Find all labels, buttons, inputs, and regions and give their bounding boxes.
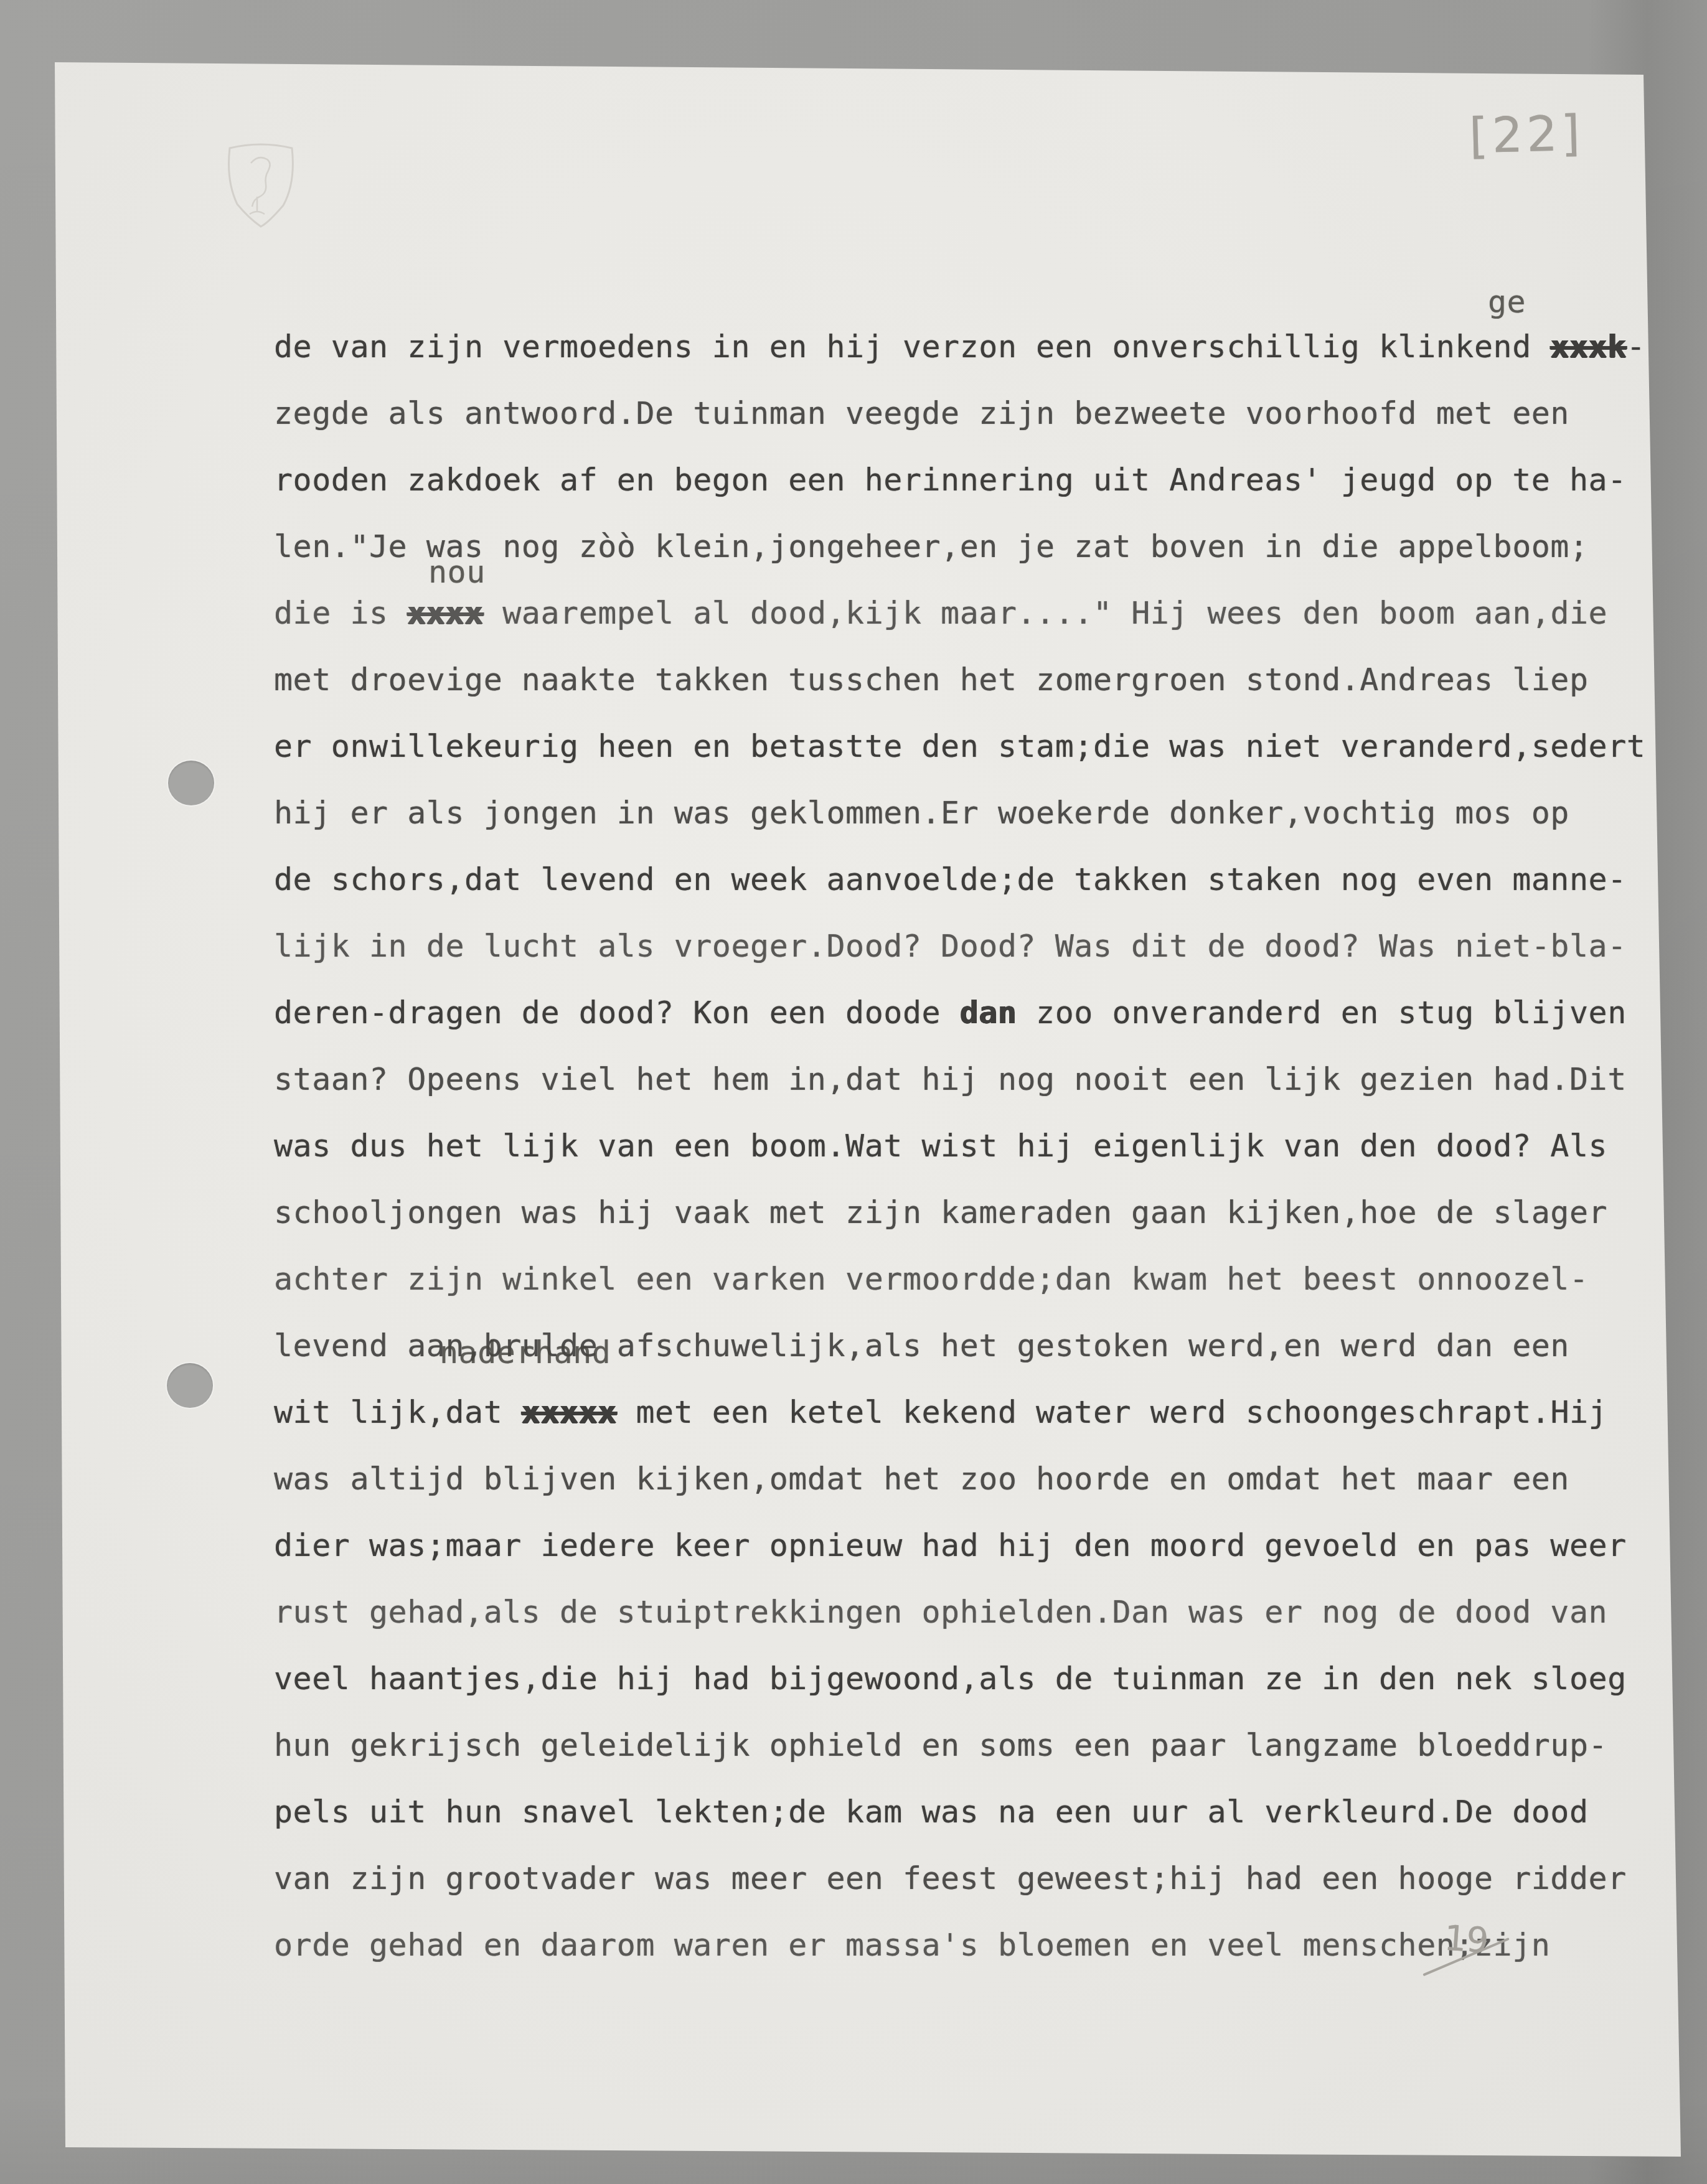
typewritten-text: pels uit hun snavel lekten;de kam was na… [274, 1794, 1589, 1830]
typewritten-text: zoo onveranderd en stug blijven [1017, 995, 1627, 1031]
typewritten-line: was dus het lijk van een boom.Wat wist h… [274, 1113, 1680, 1179]
typewritten-text: er onwillekeurig heen en betastte den st… [274, 728, 1645, 764]
typewritten-line: rust gehad,als de stuiptrekkingen ophiel… [274, 1579, 1680, 1646]
handwritten-page-number: [22] [1469, 106, 1584, 165]
strikethrough-text: xxxk [1550, 329, 1626, 365]
typewritten-line: veel haantjes,die hij had bijgewoond,als… [274, 1646, 1680, 1712]
typewritten-line: achter zijn winkel een varken vermoordde… [274, 1246, 1680, 1313]
typewritten-line: hun gekrijsch geleidelijk ophield en som… [274, 1712, 1680, 1779]
typewritten-text: achter zijn winkel een varken vermoordde… [274, 1261, 1589, 1297]
embossed-shield-watermark [221, 138, 302, 235]
manuscript-page: [22] de van zijn vermoedens in en hij ve… [55, 62, 1681, 2157]
typewritten-line: schooljongen was hij vaak met zijn kamer… [274, 1179, 1680, 1246]
typewritten-text: - [1627, 329, 1646, 365]
typewritten-line: lijk in de lucht als vroeger.Dood? Dood?… [274, 913, 1680, 980]
strikethrough-text: xxxxx [522, 1394, 617, 1430]
punch-hole-bottom [167, 1363, 213, 1408]
typewritten-text: was dus het lijk van een boom.Wat wist h… [274, 1128, 1607, 1164]
typewritten-text: de schors,dat levend en week aanvoelde;d… [274, 861, 1627, 898]
typewritten-line: was altijd blijven kijken,omdat het zoo … [274, 1446, 1680, 1512]
typewritten-text: deren-dragen de dood? Kon een doode [274, 995, 960, 1031]
typewritten-text: van zijn grootvader was meer een feest g… [274, 1860, 1627, 1896]
typewritten-line: de van zijn vermoedens in en hij verzon … [274, 314, 1680, 380]
typed-insertion: nou [428, 554, 486, 590]
typewritten-text: veel haantjes,die hij had bijgewoond,als… [274, 1661, 1627, 1697]
scan-background: [22] de van zijn vermoedens in en hij ve… [0, 0, 1707, 2184]
typed-insertion: naderhand [440, 1334, 611, 1371]
typewritten-text: met droevige naakte takken tusschen het … [274, 662, 1589, 698]
typewritten-text: rooden zakdoek af en begon een herinneri… [274, 462, 1627, 498]
typewritten-line: de schors,dat levend en week aanvoelde;d… [274, 846, 1680, 913]
typewritten-text: wit lijk,dat [274, 1394, 522, 1430]
typewritten-line: van zijn grootvader was meer een feest g… [274, 1845, 1680, 1912]
typewritten-line: die is xxxx waarempel al dood,kijk maar.… [274, 580, 1680, 647]
typewritten-text: lijk in de lucht als vroeger.Dood? Dood?… [274, 928, 1627, 964]
typewritten-text: met een ketel kekend water werd schoonge… [617, 1394, 1607, 1430]
typewritten-text: orde gehad en daarom waren er massa's bl… [274, 1927, 1550, 1963]
typewritten-text: was altijd blijven kijken,omdat het zoo … [274, 1461, 1569, 1497]
typewritten-line: rooden zakdoek af en begon een herinneri… [274, 447, 1680, 513]
typewritten-text: rust gehad,als de stuiptrekkingen ophiel… [274, 1594, 1607, 1630]
typewritten-line: er onwillekeurig heen en betastte den st… [274, 713, 1680, 780]
typewritten-text: staan? Opeens viel het hem in,dat hij no… [274, 1061, 1627, 1097]
typewritten-line: deren-dragen de dood? Kon een doode dan … [274, 980, 1680, 1046]
typewritten-text: zegde als antwoord.De tuinman veegde zij… [274, 395, 1569, 431]
typewritten-text: hun gekrijsch geleidelijk ophield en som… [274, 1727, 1607, 1763]
typewritten-line: wit lijk,dat xxxxx met een ketel kekend … [274, 1379, 1680, 1446]
handwritten-folio-number: 19 [1443, 1918, 1490, 1962]
typewritten-line: met droevige naakte takken tusschen het … [274, 647, 1680, 713]
typewritten-text: die is [274, 595, 407, 631]
typewritten-line: zegde als antwoord.De tuinman veegde zij… [274, 380, 1680, 447]
typewritten-text: schooljongen was hij vaak met zijn kamer… [274, 1194, 1607, 1230]
typewritten-text: dier was;maar iedere keer opnieuw had hi… [274, 1527, 1627, 1563]
strikethrough-text: xxxx [407, 595, 483, 631]
typed-insertion: ge [1488, 284, 1526, 320]
typewritten-line: dier was;maar iedere keer opnieuw had hi… [274, 1512, 1680, 1579]
overtyped-text: dan [960, 995, 1017, 1031]
punch-hole-top [168, 761, 214, 805]
typewritten-text: hij er als jongen in was geklommen.Er wo… [274, 795, 1569, 831]
typewritten-line: staan? Opeens viel het hem in,dat hij no… [274, 1046, 1680, 1113]
typewritten-line: hij er als jongen in was geklommen.Er wo… [274, 780, 1680, 846]
typewritten-text: de van zijn vermoedens in en hij verzon … [274, 329, 1550, 365]
typewritten-line: pels uit hun snavel lekten;de kam was na… [274, 1779, 1680, 1845]
typewritten-text: waarempel al dood,kijk maar...." Hij wee… [484, 595, 1608, 631]
